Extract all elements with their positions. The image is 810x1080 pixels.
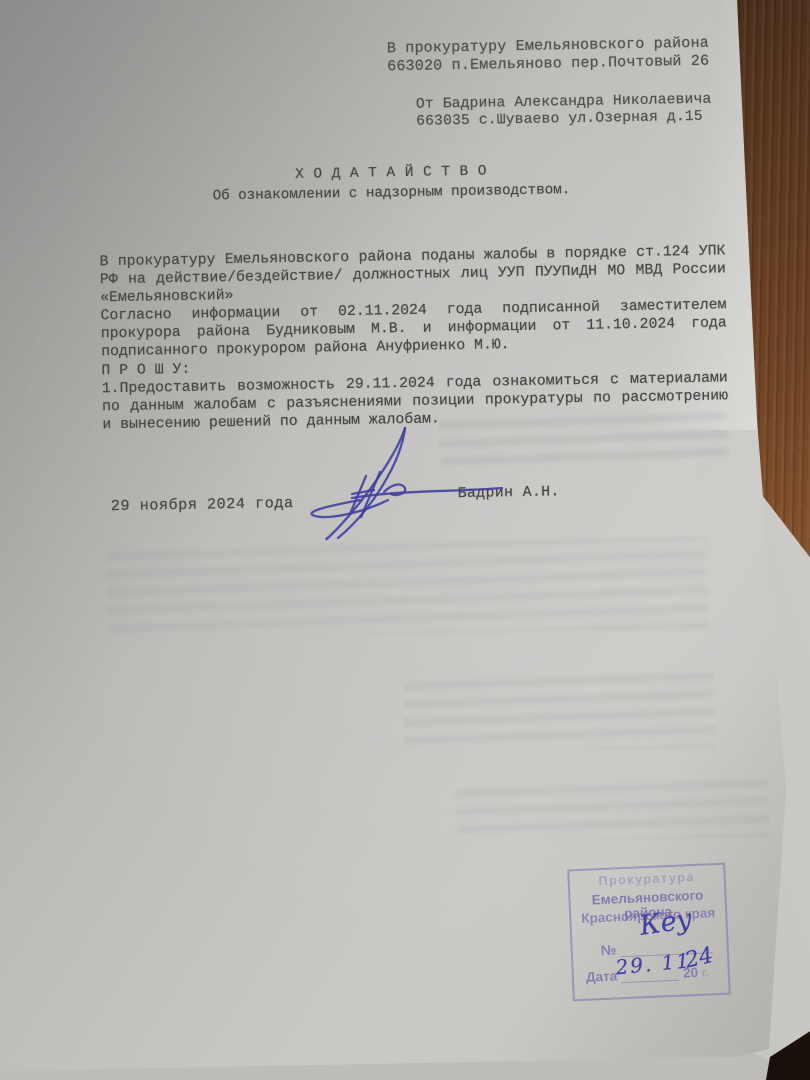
document-date: 29 ноября 2024 года	[111, 494, 294, 515]
document-page: В прокуратуру Емельяновского района 6630…	[0, 0, 810, 1080]
handwritten-signature	[300, 420, 560, 560]
petition-body: В прокуратуру Емельяновского района пода…	[99, 242, 728, 434]
stamp-handwritten-year: 24	[683, 943, 716, 973]
document-title: Х О Д А Т А Й С Т В О Об ознакомлении с …	[78, 158, 705, 209]
prosecutor-office-stamp: Прокуратура Емельяновского района Красно…	[567, 863, 731, 1002]
sender-address-block: От Бадрина Александра Николаевича 663035…	[416, 92, 712, 132]
stamp-org-line-1: Прокуратура	[569, 869, 723, 890]
bleed-through-smudge	[456, 779, 769, 842]
photo-scene: В прокуратуру Емельяновского района 6630…	[0, 0, 810, 1080]
recipient-address-block: В прокуратуру Емельяновского района 6630…	[387, 35, 710, 76]
stamp-date-label: Дата	[586, 968, 618, 984]
stamp-handwritten-number: Кеу	[638, 904, 695, 942]
bleed-through-smudge	[404, 672, 715, 753]
sender-line-2: 663035 с.Шуваево ул.Озерная д.15	[416, 109, 712, 132]
